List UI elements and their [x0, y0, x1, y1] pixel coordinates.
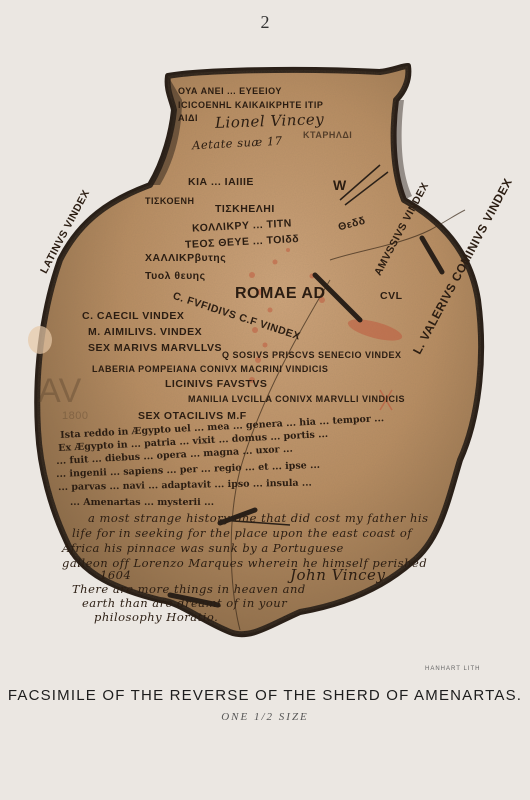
- av-year: 1800: [62, 410, 88, 422]
- greek-line-tiskhelhi: ΤΙΣΚΗΕΛΗΙ: [215, 203, 275, 215]
- neck-greek-line-3: ΑΙΔΙ: [178, 113, 198, 123]
- blackletter-line-6: ... Amenartas ... mysterii ...: [70, 497, 214, 508]
- hamlet-quote-line-1: There are more things in heaven and: [72, 582, 306, 596]
- lionel-vincey-signature: Lionel Vincey: [215, 110, 325, 132]
- greek-line-kallikrates: ΧΑΛΛΙΚΡβυτης: [145, 252, 226, 264]
- licinius-faustus: LICINIVS FAVSTVS: [165, 378, 267, 390]
- sex-marius-marullus: SEX MARIVS MARVLLVS: [88, 342, 222, 354]
- w-mark: W: [333, 177, 347, 193]
- script-line-3: Africa his pinnace was sunk by a Portugu…: [62, 541, 344, 555]
- cvl: CVL: [380, 290, 403, 302]
- neck-right-greek: ΚΤΑΡΗΛΔΙ: [303, 130, 352, 140]
- script-year: 1604: [100, 568, 131, 582]
- hamlet-quote-line-3: philosophy Horatio.: [94, 610, 218, 624]
- neck-greek-line-1: ΟΥΑ ΑΝΕΙ ... ΕΥΕΕΙΟΥ: [178, 86, 282, 96]
- laberia-pompeiana: LABERIA POMPEIANA CONIVX MACRINI VINDICI…: [92, 364, 328, 374]
- hamlet-quote-line-2: earth than are dreamt of in your: [82, 596, 287, 610]
- plate-subcaption: ONE 1/2 SIZE: [0, 711, 530, 723]
- av-mark: AV: [38, 372, 82, 411]
- m-aimilius-vindex: M. AIMILIVS. VINDEX: [88, 326, 202, 338]
- q-sosius-priscus: Q SOSIVS PRISCVS SENECIO VINDEX: [222, 350, 402, 360]
- greek-line-tuol: Τυολ θευης: [145, 270, 206, 282]
- greek-line-tiskoenh: ΤΙΣΚΟΕΝΗ: [145, 196, 195, 206]
- c-caecil-vindex: C. CAECIL VINDEX: [82, 310, 184, 322]
- neck-greek-line-2: ICICOENHL KAIKAIKPHTE ITIP: [178, 100, 323, 110]
- manilia-lucilla: MANILIA LVCILLA CONIVX MARVLLI VINDICIS: [188, 394, 405, 404]
- plate-caption: FACSIMILE OF THE REVERSE OF THE SHERD OF…: [0, 687, 530, 704]
- greek-line-kia: ΚΙΑ ... ΙΑΙΙΙΕ: [188, 176, 254, 188]
- script-line-1: a most strange history one that did cost…: [88, 511, 429, 525]
- script-line-2: life for in seeking for the place upon t…: [72, 526, 412, 540]
- romae-ad: ROMAE AD: [235, 285, 326, 303]
- lithographer-credit: HANHART LITH: [425, 666, 480, 672]
